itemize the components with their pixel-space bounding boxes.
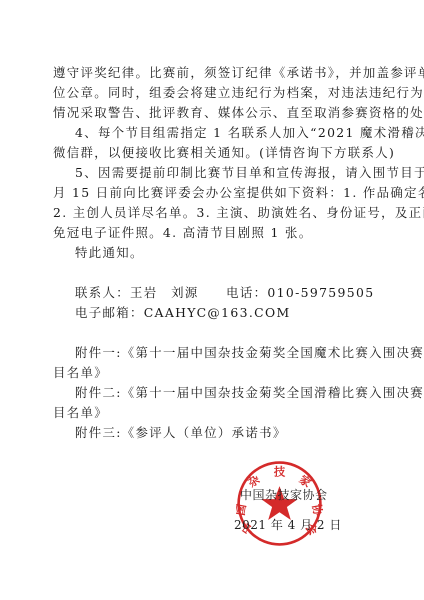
signature-date: 2021 年 4 月 2 日 [234,516,342,533]
attachment-1-cont: 目名单》 [53,366,108,380]
item-5-line: 免冠电子证件照。4. 高清节目剧照 1 张。 [53,226,312,240]
paragraph-line: 遵守评奖纪律。比赛前，须签订纪律《承诺书》，并加盖参评单 [53,66,424,80]
item-4-line: 4、每个节目组需指定 1 名联系人加入“2021 魔术滑稽决赛” [75,126,424,140]
svg-text:技: 技 [273,465,286,479]
closing-text: 特此通知。 [75,246,144,260]
document-page: 遵守评奖纪律。比赛前，须签订纪律《承诺书》，并加盖参评单 位公章。同时，组委会将… [0,0,424,600]
svg-text:国: 国 [236,503,249,517]
attachment-2-cont: 目名单》 [53,406,108,420]
official-seal-icon: 中 国 杂 技 家 协 会 [236,460,323,547]
contact-line: 联系人：王岩 刘源 电话：010-59759505 [75,286,374,300]
paragraph-line: 位公章。同时，组委会将建立违纪行为档案，对违法违纪行为视 [53,86,424,100]
signature-org: 中国杂技家协会 [240,486,328,503]
email-line: 电子邮箱：CAAHYC@163.COM [75,306,291,320]
paragraph-line: 情况采取警告、批评教育、媒体公示、直至取消参赛资格的处理。 [53,106,424,120]
attachment-3: 附件三:《参评人（单位）承诺书》 [75,426,287,440]
item-5-line: 2. 主创人员详尽名单。3. 主演、助演姓名、身份证号，及正面 [53,206,424,220]
item-4-line: 微信群，以便接收比赛相关通知。(详情咨询下方联系人) [53,146,395,160]
attachment-1: 附件一:《第十一届中国杂技金菊奖全国魔术比赛入围决赛节 [75,346,424,360]
item-5-line: 5、因需要提前印制比赛节目单和宣传海报，请入围节目于 4 [75,166,424,180]
attachment-2: 附件二:《第十一届中国杂技金菊奖全国滑稽比赛入围决赛节 [75,386,424,400]
item-5-line: 月 15 日前向比赛评委会办公室提供如下资料：1. 作品确定名称。 [53,186,424,200]
